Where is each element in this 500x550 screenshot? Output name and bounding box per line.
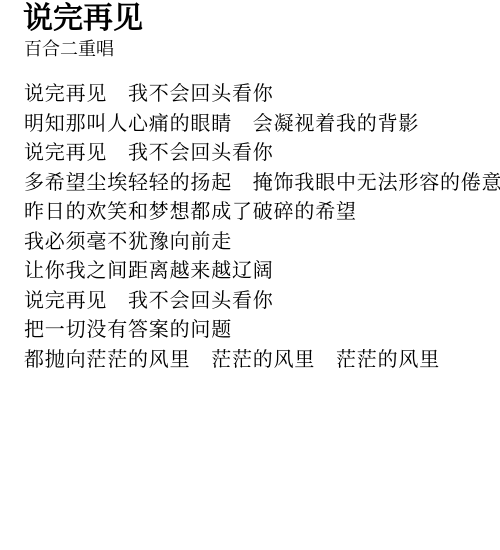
song-artist: 百合二重唱 xyxy=(24,40,114,58)
lyrics-page: 说完再见 百合二重唱 说完再见 我不会回头看你 明知那叫人心痛的眼睛 会凝视着我… xyxy=(0,0,500,550)
lyrics-line: 让你我之间距离越来越辽阔 xyxy=(24,257,500,287)
lyrics-line: 明知那叫人心痛的眼睛 会凝视着我的背影 xyxy=(24,110,500,140)
lyrics-line: 昨日的欢笑和梦想都成了破碎的希望 xyxy=(24,198,500,228)
lyrics-line: 多希望尘埃轻轻的扬起 掩饰我眼中无法形容的倦意 xyxy=(24,169,500,199)
song-title: 说完再见 xyxy=(23,4,143,34)
lyrics-line: 我必须毫不犹豫向前走 xyxy=(24,228,500,258)
lyrics-line: 说完再见 我不会回头看你 xyxy=(24,287,500,317)
lyrics: 说完再见 我不会回头看你 明知那叫人心痛的眼睛 会凝视着我的背影 说完再见 我不… xyxy=(24,80,500,375)
lyrics-line: 说完再见 我不会回头看你 xyxy=(24,80,500,110)
lyrics-line: 都抛向茫茫的风里 茫茫的风里 茫茫的风里 xyxy=(24,346,500,376)
lyrics-line: 把一切没有答案的问题 xyxy=(24,316,500,346)
lyrics-line: 说完再见 我不会回头看你 xyxy=(24,139,500,169)
